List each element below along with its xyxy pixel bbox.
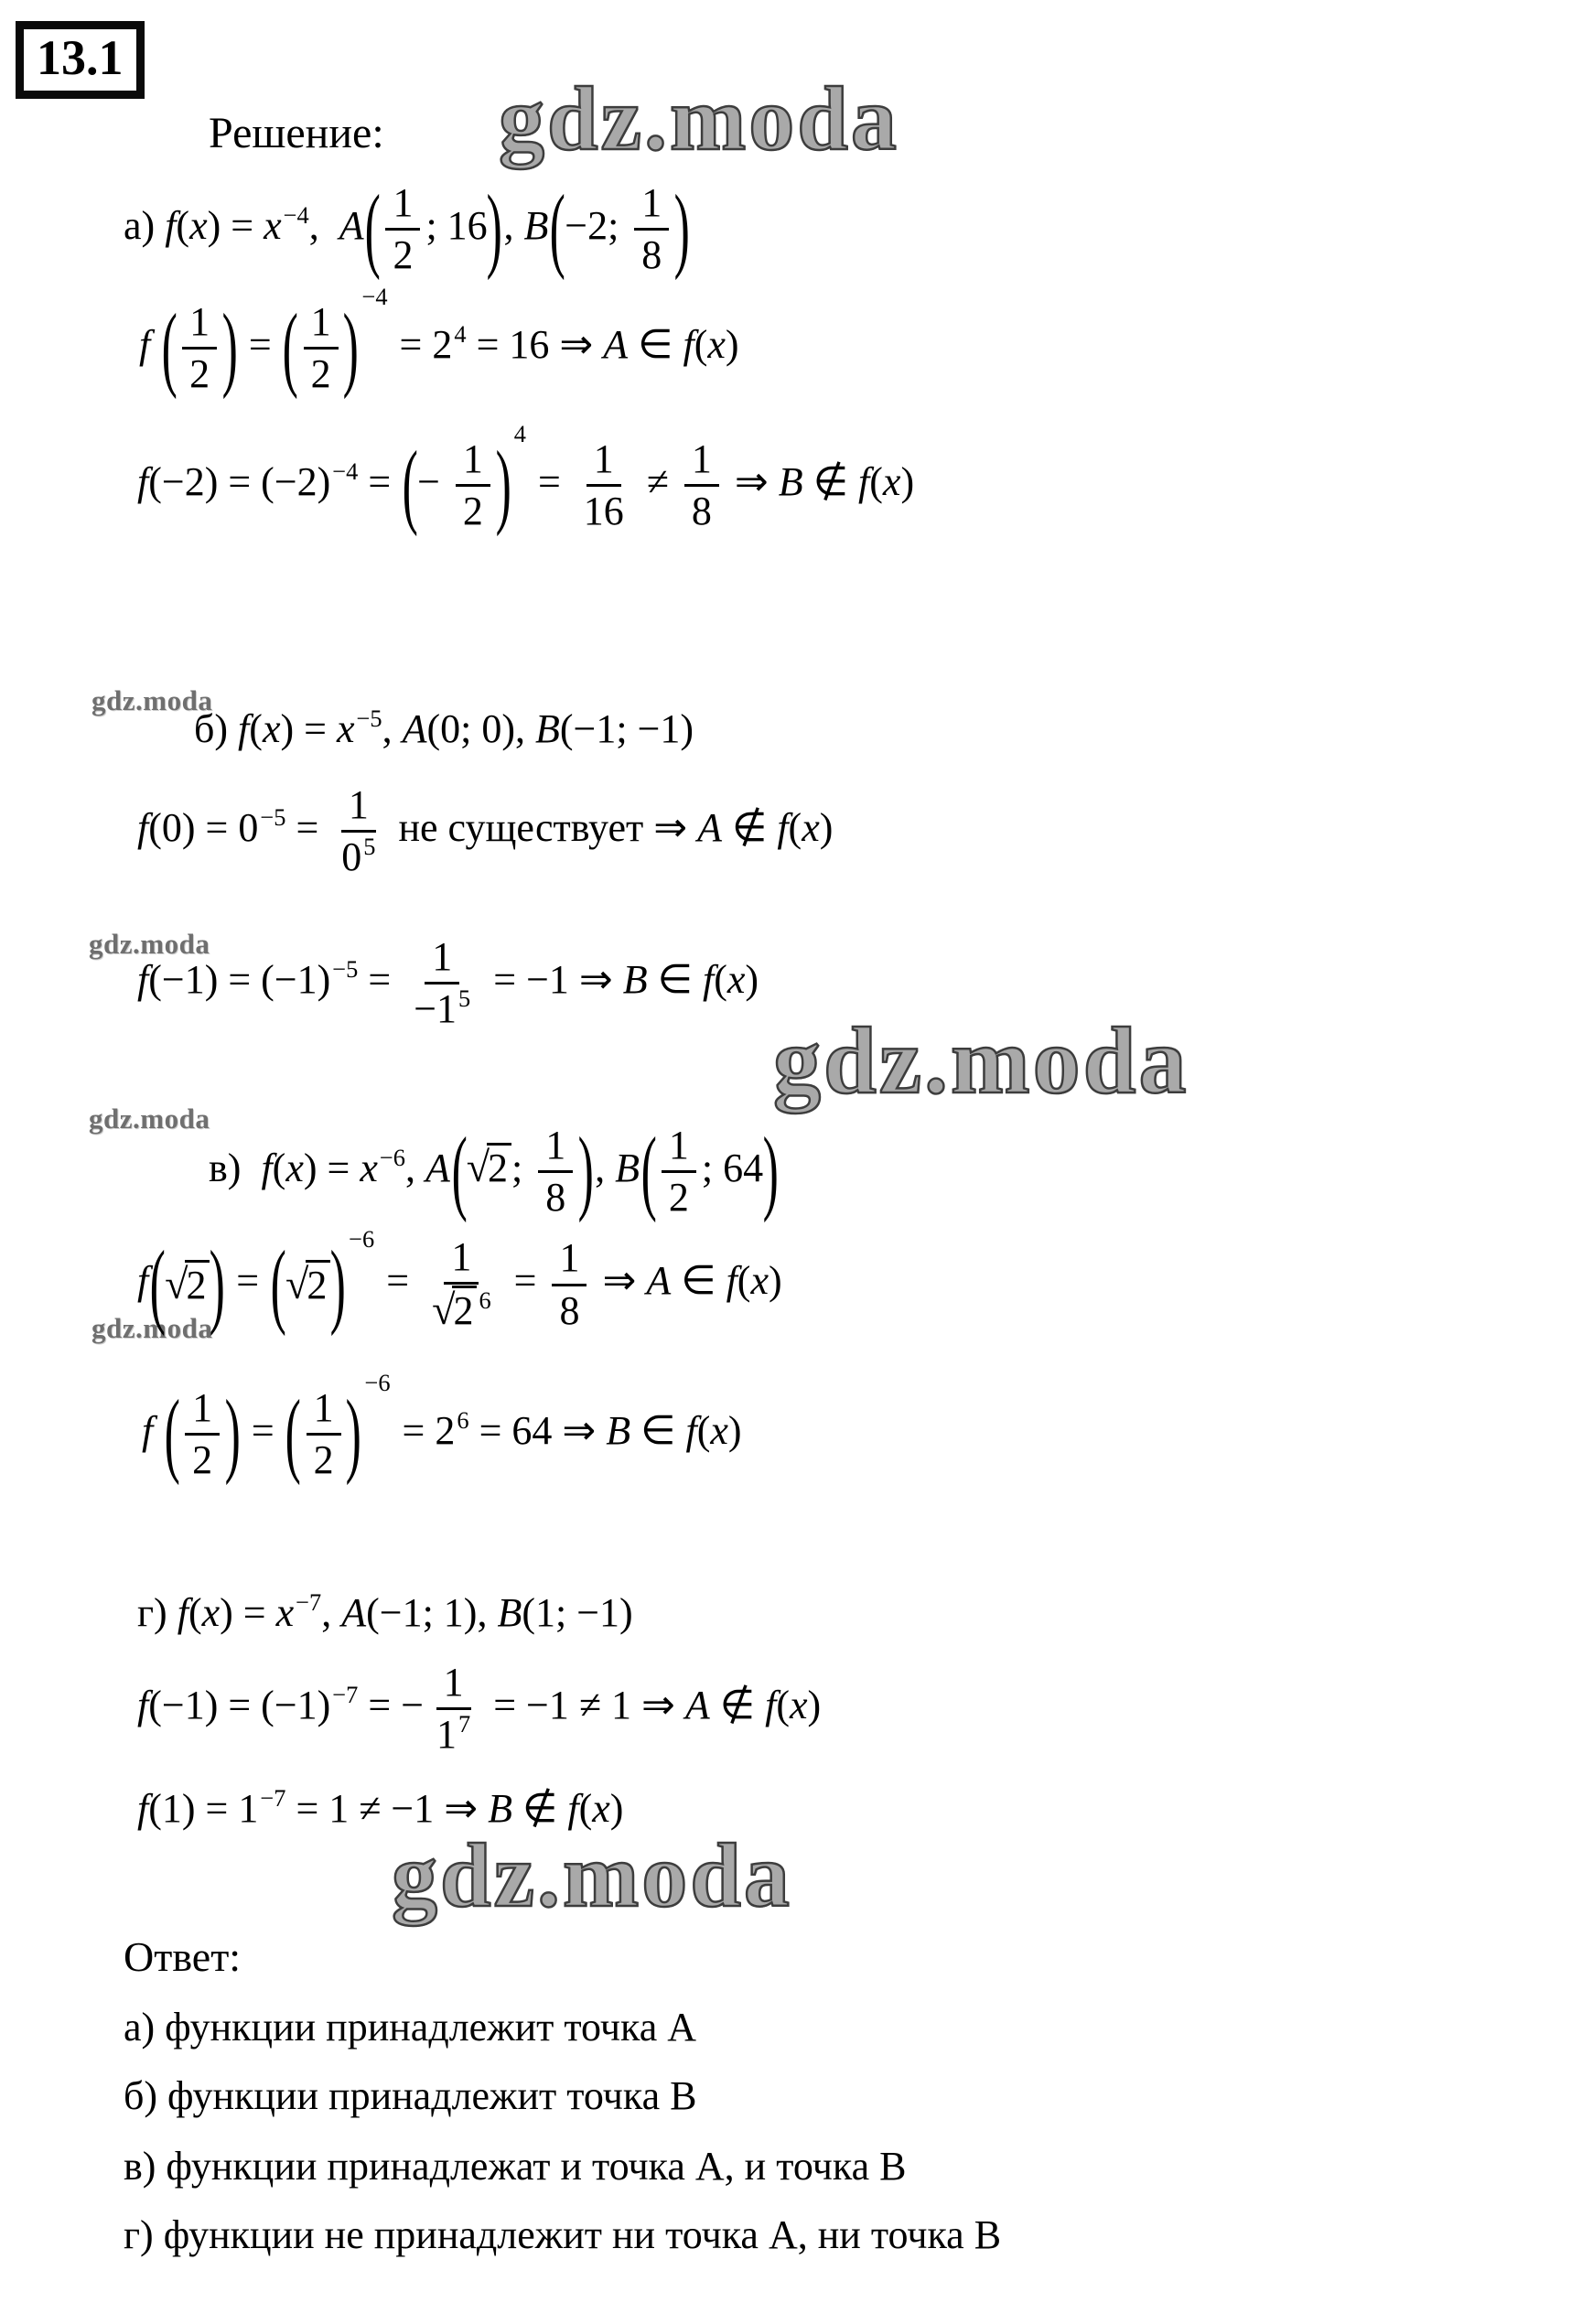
math-parenthesized-group: (12) (162, 300, 237, 397)
math-text: = − (358, 1683, 424, 1727)
math-parenthesized-group: (√2) (150, 1243, 224, 1328)
radicand: 2 (452, 1286, 477, 1333)
math-text: ; 64 (702, 1146, 763, 1190)
fraction-denominator: 8 (552, 1286, 587, 1333)
formula-g-definition: г) f(x) = x−7, A(−1; 1), B(1; −1) (137, 1590, 633, 1637)
math-exponent: 6 (479, 1286, 490, 1314)
math-fraction: 12 (304, 300, 339, 397)
math-variable: f (142, 1408, 163, 1453)
math-exponent: 5 (458, 984, 470, 1012)
math-variable: B (535, 706, 560, 751)
math-variable: f (137, 1786, 148, 1831)
math-text: (1) = 1 (148, 1786, 258, 1831)
formula-v-check-point-B: f (12) = (12)−6 = 26 = 64 ⇒ B ∈ f(x) (142, 1386, 742, 1483)
solution-page: { "page": { "problem_number": "13.1", "s… (0, 0, 1582, 2324)
math-text: = −1 ≠ 1 ⇒ (483, 1683, 685, 1727)
fraction-denominator: 8 (634, 231, 669, 277)
watermark-bottom: gdz.moda (392, 1830, 792, 1921)
math-text: ≠ (637, 459, 679, 504)
math-parenthesized-group: (12; 16) (366, 181, 502, 278)
math-square-root: √2 (285, 1263, 330, 1307)
math-exponent: −5 (332, 955, 358, 983)
math-text: ( (249, 706, 263, 751)
fraction-denominator: 2 (385, 231, 420, 277)
math-text: ( (273, 1146, 286, 1190)
math-variable: x (710, 1408, 728, 1453)
math-parenthesized-group: (√2; 18) (452, 1124, 593, 1221)
watermark-middle: gdz.moda (773, 1014, 1189, 1109)
paren-content: √2 (285, 1260, 330, 1309)
math-fraction: 12 (385, 181, 420, 278)
math-variable: B (623, 957, 648, 1002)
math-fraction: 18 (634, 181, 669, 278)
math-text: ( (737, 1258, 751, 1303)
math-text: ) (900, 459, 914, 504)
fraction-denominator: 05 (334, 833, 382, 879)
math-variable: A (697, 805, 722, 850)
math-text: = (528, 459, 571, 504)
fraction-numerator: 1 (587, 437, 621, 487)
math-variable: f (777, 805, 788, 850)
math-variable: f (137, 805, 148, 850)
fraction-denominator: 8 (538, 1173, 573, 1220)
math-exponent: −4 (284, 201, 309, 229)
left-paren: ( (283, 306, 298, 391)
math-fraction: 117 (429, 1661, 478, 1758)
math-variable: B (497, 1590, 522, 1635)
math-variable: x (285, 1146, 304, 1190)
math-text: = (242, 1408, 285, 1453)
answer-a: а) функции принадлежит точка А (124, 2004, 696, 2050)
math-text: = (358, 459, 401, 504)
fraction-denominator: 16 (576, 487, 631, 533)
math-parenthesized-group: (12)−4 (284, 300, 388, 397)
math-text: , (321, 1590, 341, 1635)
math-parenthesized-group: (12) (165, 1386, 240, 1483)
math-exponent: −5 (260, 803, 285, 831)
math-text: ∉ (722, 805, 777, 850)
fraction-numerator: 1 (634, 181, 669, 231)
math-text: = (226, 1258, 269, 1303)
math-variable: x (360, 1146, 378, 1190)
left-paren: ( (403, 443, 418, 528)
radicand: 2 (306, 1260, 330, 1307)
math-variable: f (178, 1590, 188, 1635)
formula-b-check-point-A: f(0) = 0−5 = 105 не существует ⇒ A ∉ f(x… (137, 783, 833, 880)
fraction-numerator: 1 (182, 300, 217, 350)
math-variable: x (727, 957, 746, 1002)
math-variable: f (137, 459, 148, 504)
math-variable: f (683, 322, 694, 367)
math-variable: x (337, 706, 355, 751)
math-text: = 2 (390, 322, 453, 367)
math-fraction: 18 (552, 1236, 587, 1333)
math-fraction: 12 (662, 1124, 696, 1221)
math-text: ( (579, 1786, 593, 1831)
formula-a-check-point-A: f (12) = (12)−4 = 24 = 16 ⇒ A ∈ f(x) (139, 300, 739, 397)
fraction-numerator: 1 (552, 1236, 587, 1286)
math-variable: f (685, 1408, 696, 1453)
math-text: = 64 ⇒ (469, 1408, 607, 1453)
left-paren: ( (150, 1243, 166, 1328)
math-text: ) (610, 1786, 624, 1831)
math-variable: x (750, 1258, 769, 1303)
math-text: ⇒ (592, 1258, 646, 1303)
math-exponent: −7 (296, 1588, 321, 1616)
math-variable: x (202, 1590, 221, 1635)
math-fraction: 12 (182, 300, 217, 397)
paren-content: √2; 18 (467, 1124, 579, 1221)
right-paren: ) (487, 187, 502, 272)
formula-g-check-point-B: f(1) = 1−7 = 1 ≠ −1 ⇒ B ∉ f(x) (137, 1786, 623, 1833)
formula-v-definition: в) f(x) = x−6, A(√2; 18), B(12; 64) (209, 1124, 780, 1221)
math-variable: A (425, 1146, 450, 1190)
answer-b: б) функции принадлежит точка В (124, 2072, 696, 2119)
fraction-denominator: 2 (662, 1173, 696, 1220)
math-variable: x (263, 706, 281, 751)
math-exponent: 4 (454, 320, 466, 348)
math-text: −2; (565, 203, 629, 248)
right-paren: ) (221, 306, 237, 391)
math-variable: x (802, 805, 820, 850)
fraction-denominator: √26 (425, 1285, 499, 1334)
math-text: ( (697, 1408, 711, 1453)
math-text: (0; 0), (426, 706, 535, 751)
paren-content: 12 (179, 1386, 225, 1483)
paren-content: 12; 16 (380, 181, 487, 278)
fraction-denominator: 2 (185, 1436, 220, 1482)
math-text: = (504, 1258, 547, 1303)
math-variable: x (707, 322, 726, 367)
math-variable: A (341, 1590, 366, 1635)
math-variable: A (685, 1683, 710, 1727)
math-text: не существует ⇒ (388, 805, 697, 850)
math-fraction: 18 (684, 437, 719, 534)
math-text: 1 (436, 1712, 457, 1757)
right-paren: ) (578, 1129, 594, 1214)
math-text: (−1) = (−1) (148, 1683, 330, 1727)
math-text: ; 16 (425, 203, 487, 248)
math-variable: x (790, 1683, 808, 1727)
math-text: ∈ (630, 1408, 685, 1453)
math-text: ) (728, 1408, 742, 1453)
fraction-denominator: 2 (182, 350, 217, 396)
math-fraction: 18 (538, 1124, 573, 1221)
math-text: (−1; 1), (366, 1590, 497, 1635)
math-variable: f (238, 706, 249, 751)
math-variable: x (189, 203, 208, 248)
paren-content: −2; 18 (565, 181, 674, 278)
math-exponent: 7 (458, 1710, 470, 1738)
formula-a-check-point-B: f(−2) = (−2)−4 = (− 12)4 = 116 ≠ 18 ⇒ B … (137, 437, 914, 534)
paren-content: 12 (298, 300, 344, 397)
left-paren: ( (365, 187, 381, 272)
fraction-denominator: 2 (304, 350, 339, 396)
fraction-denominator: 2 (307, 1436, 341, 1482)
formula-g-check-point-A: f(−1) = (−1)−7 = −117 = −1 ≠ 1 ⇒ A ∉ f(x… (137, 1661, 821, 1758)
math-variable: f (261, 1146, 272, 1190)
math-text: ∈ (648, 957, 703, 1002)
formula-a-definition: а) f(x) = x−4, A(12; 16), B(−2; 18) (124, 181, 691, 278)
math-text: ∉ (710, 1683, 765, 1727)
left-paren: ( (270, 1243, 285, 1328)
left-paren: ( (285, 1392, 301, 1477)
math-text: ) = (280, 706, 336, 751)
math-parenthesized-group: (−2; 18) (550, 181, 689, 278)
math-text: ∈ (671, 1258, 726, 1303)
math-parenthesized-group: (12)−6 (286, 1386, 391, 1483)
math-text: (−1) = (−1) (148, 957, 330, 1002)
math-text: = −1 ⇒ (483, 957, 623, 1002)
math-text: − (417, 459, 450, 504)
right-paren: ) (674, 187, 690, 272)
math-text: = (358, 957, 401, 1002)
fraction-numerator: 1 (538, 1124, 573, 1173)
left-paren: ( (451, 1129, 467, 1214)
math-text: ∈ (628, 322, 683, 367)
watermark-small-3: gdz.moda (89, 1103, 210, 1135)
math-variable: f (858, 459, 869, 504)
problem-number: 13.1 (37, 30, 124, 85)
answer-v: в) функции принадлежат и точка А, и точк… (124, 2143, 906, 2190)
math-variable: B (779, 459, 803, 504)
formula-v-check-point-A: f(√2) = (√2)−6 = 1√26 = 18 ⇒ A ∈ f(x) (137, 1235, 782, 1334)
math-square-root: √2 (165, 1263, 210, 1307)
left-paren: ( (550, 187, 565, 272)
math-text: ∉ (512, 1786, 567, 1831)
math-text: ) = (220, 1590, 275, 1635)
math-exponent: −4 (332, 457, 358, 485)
answer-label: Ответ: (124, 1932, 241, 1981)
fraction-denominator: −15 (406, 984, 478, 1031)
math-text: = 2 (393, 1408, 456, 1453)
math-variable: A (339, 203, 364, 248)
answer-g: г) функции не принадлежит ни точка А, ни… (124, 2211, 1001, 2258)
math-square-root: √2 (467, 1146, 511, 1190)
math-fraction: 105 (334, 783, 382, 880)
math-text: −1 (414, 986, 457, 1031)
math-text: а) (124, 203, 165, 248)
math-fraction: 12 (185, 1386, 220, 1483)
fraction-numerator: 1 (307, 1386, 341, 1436)
paren-content: − 12 (417, 437, 496, 534)
math-text: , (504, 203, 524, 248)
math-variable: A (646, 1258, 671, 1303)
math-text: ( (789, 805, 802, 850)
math-variable: f (567, 1786, 578, 1831)
paren-content: √2 (165, 1260, 210, 1309)
fraction-denominator: 8 (684, 487, 719, 533)
math-variable: f (137, 1258, 148, 1303)
right-paren: ) (762, 1129, 778, 1214)
math-parenthesized-group: (− 12)4 (403, 437, 526, 534)
math-text: = 16 ⇒ (467, 322, 604, 367)
math-text: ( (714, 957, 727, 1002)
math-text: ∉ (803, 459, 858, 504)
math-text: 0 (341, 834, 361, 879)
math-text: (−2) = (−2) (148, 459, 330, 504)
math-variable: f (726, 1258, 737, 1303)
math-text: , (405, 1146, 425, 1190)
paren-content: 12 (177, 300, 222, 397)
right-paren: ) (210, 1243, 225, 1328)
math-variable: B (606, 1408, 630, 1453)
fraction-denominator: 17 (429, 1710, 478, 1757)
math-text: ) (808, 1683, 822, 1727)
math-exponent: −5 (356, 705, 382, 732)
math-text: ) = (304, 1146, 360, 1190)
paren-content: 12; 64 (656, 1124, 763, 1221)
right-paren: ) (224, 1392, 240, 1477)
math-variable: f (139, 322, 160, 367)
fraction-numerator: 1 (436, 1661, 471, 1710)
math-exponent: −7 (260, 1784, 285, 1812)
math-text: г) (137, 1590, 178, 1635)
math-exponent: 6 (457, 1406, 468, 1434)
math-variable: f (137, 1683, 148, 1727)
fraction-numerator: 1 (185, 1386, 220, 1436)
watermark-top: gdz.moda (499, 73, 899, 165)
math-variable: x (592, 1786, 610, 1831)
problem-number-box: 13.1 (18, 24, 142, 96)
math-text: ( (869, 459, 883, 504)
left-paren: ( (165, 1392, 180, 1477)
math-exponent: −6 (380, 1144, 405, 1171)
math-text: (0) = 0 (148, 805, 258, 850)
right-paren: ) (343, 306, 359, 391)
fraction-numerator: 1 (385, 181, 420, 231)
math-text: = (285, 805, 328, 850)
fraction-numerator: 1 (662, 1124, 696, 1173)
math-text: в) (209, 1146, 261, 1190)
math-text: ( (694, 322, 708, 367)
math-text: ) (745, 957, 759, 1002)
fraction-numerator: 1 (304, 300, 339, 350)
math-fraction: 1√26 (425, 1235, 499, 1334)
radicand: 2 (185, 1260, 210, 1307)
math-text: ) (726, 322, 739, 367)
fraction-denominator: 2 (456, 487, 490, 533)
fraction-numerator: 1 (456, 437, 490, 487)
math-text: ) = (208, 203, 264, 248)
math-fraction: 1−15 (406, 935, 478, 1032)
math-fraction: 116 (576, 437, 631, 534)
math-text: , (595, 1146, 615, 1190)
math-text: ( (176, 203, 189, 248)
math-variable: B (524, 203, 549, 248)
math-text: , (382, 706, 403, 751)
math-variable: A (603, 322, 628, 367)
math-text: б) (194, 706, 238, 751)
math-variable: f (137, 957, 148, 1002)
math-text: = (239, 322, 282, 367)
math-variable: x (264, 203, 282, 248)
left-paren: ( (162, 306, 178, 391)
fraction-numerator: 1 (425, 935, 459, 984)
math-text: = 1 ≠ −1 ⇒ (285, 1786, 488, 1831)
math-variable: A (403, 706, 427, 751)
math-exponent: −7 (332, 1681, 358, 1708)
math-text: ( (776, 1683, 790, 1727)
solution-label: Решение: (209, 108, 384, 158)
right-paren: ) (330, 1243, 346, 1328)
math-text: ) (820, 805, 834, 850)
math-exponent: 5 (363, 833, 375, 860)
math-parenthesized-group: (12; 64) (641, 1124, 778, 1221)
math-text: ) (769, 1258, 782, 1303)
math-square-root: √2 (432, 1288, 477, 1333)
math-fraction: 12 (456, 437, 490, 534)
left-paren: ( (640, 1129, 656, 1214)
math-text: = (376, 1258, 419, 1303)
math-variable: f (165, 203, 176, 248)
formula-b-check-point-B: f(−1) = (−1)−5 = 1−15 = −1 ⇒ B ∈ f(x) (137, 935, 759, 1032)
radicand: 2 (487, 1143, 511, 1190)
math-text: ⇒ (725, 459, 779, 504)
formula-b-definition: б) f(x) = x−5, A(0; 0), B(−1; −1) (194, 706, 694, 753)
fraction-numerator: 1 (341, 783, 376, 833)
fraction-numerator: 1 (444, 1235, 479, 1285)
right-paren: ) (495, 443, 511, 528)
right-paren: ) (346, 1392, 361, 1477)
math-variable: B (615, 1146, 640, 1190)
math-text: ; (511, 1146, 533, 1190)
math-variable: f (703, 957, 714, 1002)
fraction-numerator: 1 (684, 437, 719, 487)
math-variable: x (276, 1590, 295, 1635)
paren-content: 12 (301, 1386, 347, 1483)
math-variable: B (488, 1786, 512, 1831)
math-text: (1; −1) (522, 1590, 632, 1635)
math-variable: x (883, 459, 901, 504)
math-text: , (309, 203, 339, 248)
math-text: (−1; −1) (560, 706, 694, 751)
math-variable: f (765, 1683, 776, 1727)
math-text: ( (188, 1590, 202, 1635)
math-parenthesized-group: (√2)−6 (271, 1243, 374, 1328)
math-fraction: 12 (307, 1386, 341, 1483)
